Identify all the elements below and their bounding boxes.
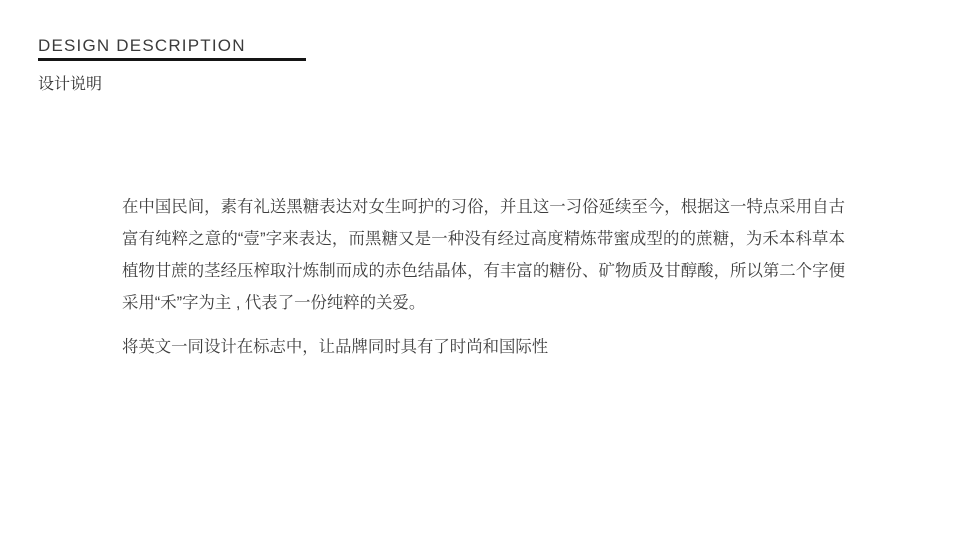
presentation-slide: DESIGN DESCRIPTION 设计说明 在中国民间，素有礼送黑糖表达对女… <box>0 0 960 540</box>
title-underline-rule <box>38 58 306 61</box>
design-description-paragraph: 在中国民间，素有礼送黑糖表达对女生呵护的习俗，并且这一习俗延续至今，根据这一特点… <box>122 191 845 319</box>
slide-title-english: DESIGN DESCRIPTION <box>38 36 246 56</box>
slide-body: 在中国民间，素有礼送黑糖表达对女生呵护的习俗，并且这一习俗延续至今，根据这一特点… <box>122 191 845 363</box>
design-note-paragraph: 将英文一同设计在标志中，让品牌同时具有了时尚和国际性 <box>122 331 845 363</box>
slide-title-chinese: 设计说明 <box>38 71 102 94</box>
